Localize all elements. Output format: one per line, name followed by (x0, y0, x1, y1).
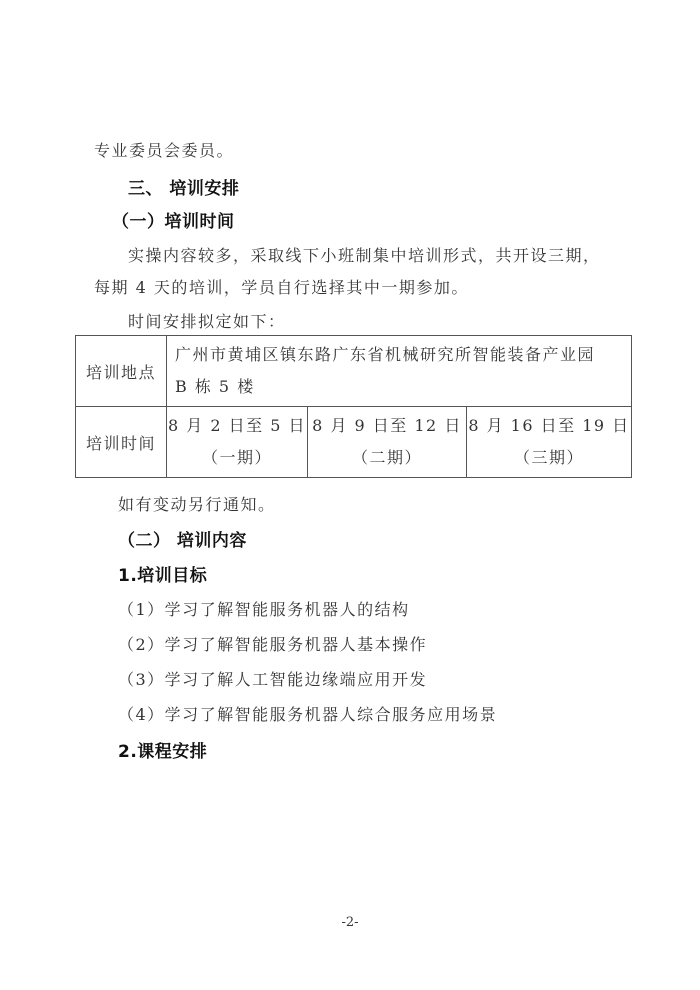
goals-heading: 1.培训目标 (118, 561, 207, 586)
period-dates: 8 月 2 日至 5 日 (167, 410, 307, 442)
location-value: 广州市黄埔区镇东路广东省机械研究所智能装备产业园 B 栋 5 楼 (167, 336, 632, 407)
goal-item: （3）学习了解人工智能边缘端应用开发 (118, 667, 427, 690)
table-row: 培训时间 8 月 2 日至 5 日 （一期） 8 月 9 日至 12 日 （二期… (76, 407, 632, 478)
goal-item: （1）学习了解智能服务机器人的结构 (118, 597, 410, 620)
period-dates: 8 月 9 日至 12 日 (308, 410, 466, 442)
paragraph-line: 每期 4 天的培训，学员自行选择其中一期参加。 (94, 275, 469, 298)
page-number: -2- (0, 915, 700, 930)
section-heading: 三、 培训安排 (128, 174, 239, 199)
period-name: （三期） (467, 442, 631, 474)
period-name: （二期） (308, 442, 466, 474)
period-cell: 8 月 9 日至 12 日 （二期） (308, 407, 467, 478)
paragraph-line: 实操内容较多，采取线下小班制集中培训形式，共开设三期， (128, 243, 601, 266)
location-label: 培训地点 (76, 336, 167, 407)
period-cell: 8 月 2 日至 5 日 （一期） (167, 407, 308, 478)
period-cell: 8 月 16 日至 19 日 （三期） (467, 407, 632, 478)
course-heading: 2.课程安排 (118, 737, 207, 762)
subsection-heading-content: （二） 培训内容 (118, 526, 247, 551)
schedule-table: 培训地点 广州市黄埔区镇东路广东省机械研究所智能装备产业园 B 栋 5 楼 培训… (75, 335, 632, 478)
period-dates: 8 月 16 日至 19 日 (467, 410, 631, 442)
location-line: 广州市黄埔区镇东路广东省机械研究所智能装备产业园 (175, 339, 631, 371)
goal-item: （4）学习了解智能服务机器人综合服务应用场景 (118, 702, 497, 725)
notice: 如有变动另行通知。 (118, 492, 276, 515)
table-row: 培训地点 广州市黄埔区镇东路广东省机械研究所智能装备产业园 B 栋 5 楼 (76, 336, 632, 407)
schedule-intro: 时间安排拟定如下： (128, 309, 286, 332)
intro-line: 专业委员会委员。 (94, 138, 234, 161)
goal-item: （2）学习了解智能服务机器人基本操作 (118, 632, 427, 655)
time-label: 培训时间 (76, 407, 167, 478)
period-name: （一期） (167, 442, 307, 474)
subsection-heading-time: （一）培训时间 (112, 207, 235, 232)
location-line: B 栋 5 楼 (175, 371, 631, 403)
